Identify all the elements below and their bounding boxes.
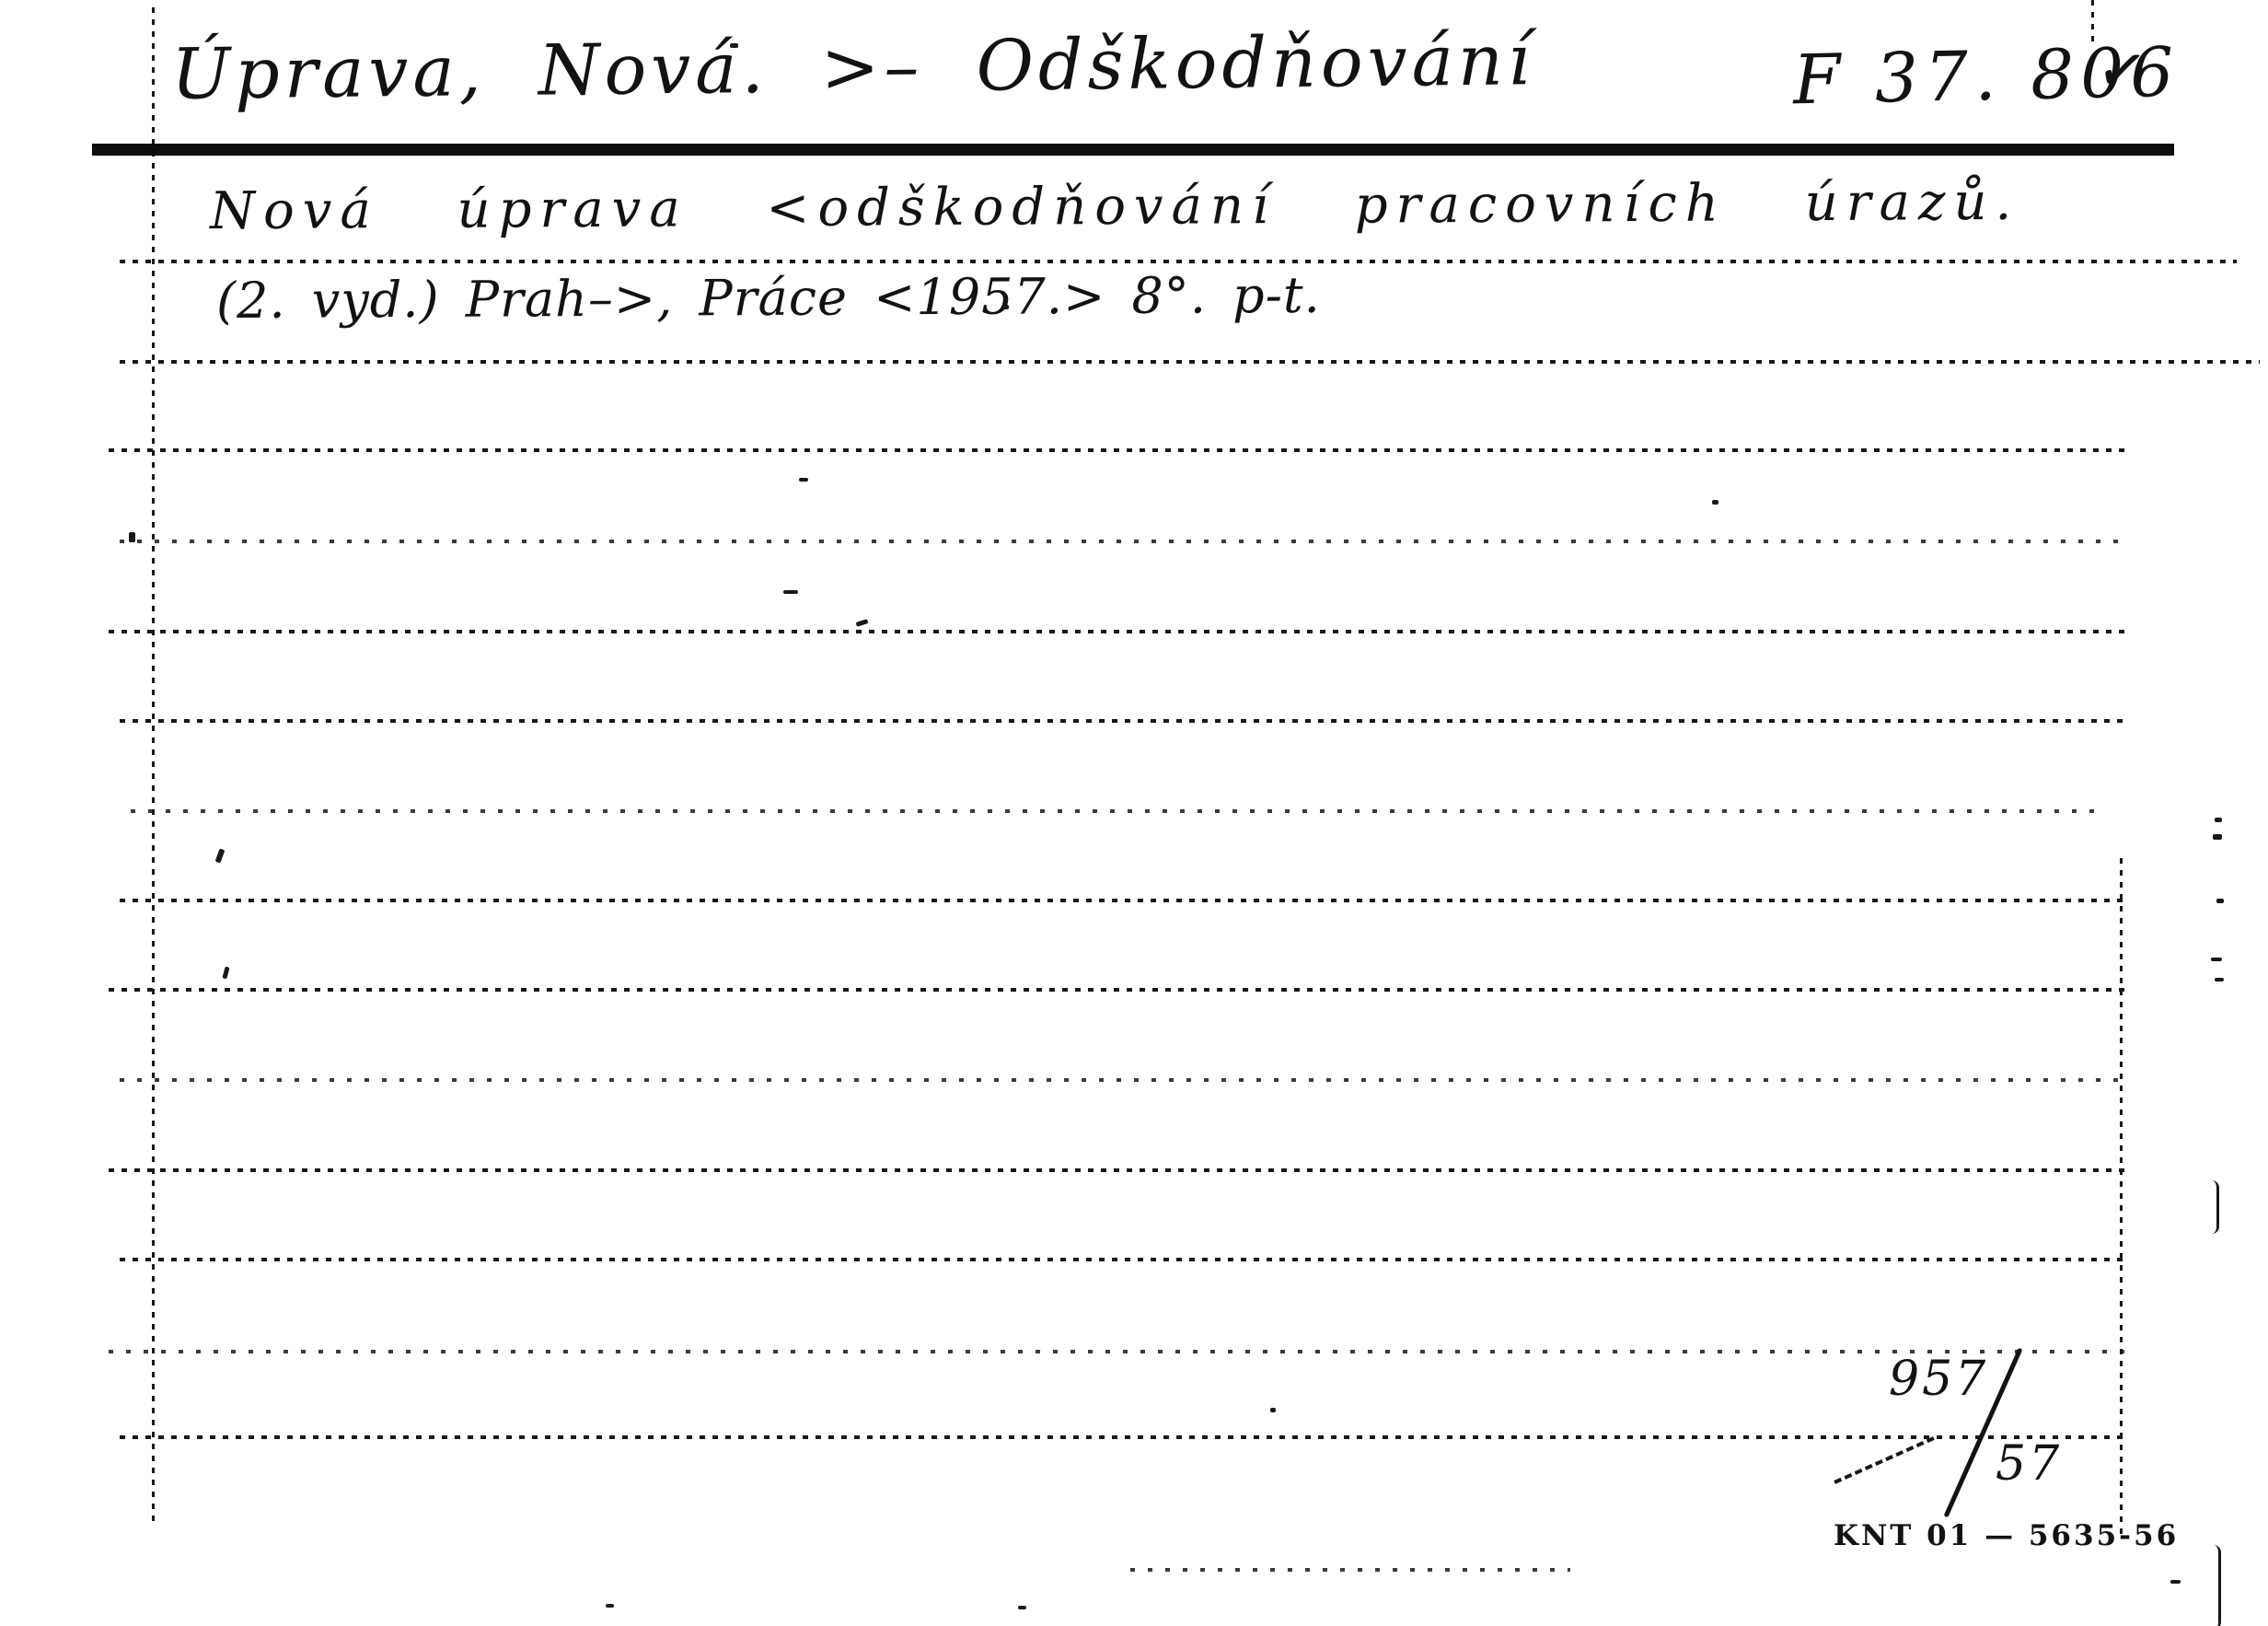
- ruled-line: [109, 1168, 2126, 1172]
- print-code: KNT 01 — 5635-56: [1834, 1519, 2179, 1552]
- ruled-line: [109, 630, 2126, 633]
- ruled-line: [120, 1078, 2126, 1082]
- scan-speck: [1712, 500, 1718, 505]
- right-dashed-border: [2120, 858, 2123, 1535]
- right-edge-curl-mark: [2207, 1545, 2221, 1626]
- scan-speck: [799, 478, 808, 482]
- heading-rule: [92, 144, 2174, 156]
- accession-dash-mark: [1834, 1436, 1934, 1484]
- ruled-line: [109, 448, 2126, 452]
- scan-speck: [606, 1604, 614, 1608]
- right-edge-curl-mark: [2205, 1180, 2219, 1234]
- scan-speck: [1270, 1408, 1276, 1412]
- imprint-line: (2. vyd.) Prah–>, Práce <1957.> 8°. p-t.: [216, 266, 1321, 330]
- ruled-line: [120, 1258, 2126, 1261]
- scan-speck: [2211, 958, 2222, 961]
- ruled-line: [120, 719, 2126, 723]
- scan-speck: [783, 590, 798, 594]
- scan-speck: [2216, 899, 2224, 903]
- checkmark-icon: ✓: [2092, 32, 2152, 110]
- scan-speck: [856, 619, 869, 627]
- left-dashed-border: [152, 7, 155, 1527]
- scan-speck: [2170, 1580, 2181, 1584]
- scan-speck: [215, 848, 226, 863]
- accession-numerator: 957: [1889, 1352, 1988, 1407]
- card-heading: Úprava, Nová. >– Odškodňování: [171, 18, 1535, 115]
- ruled-line: [109, 1350, 2126, 1353]
- accession-denominator: 57: [1996, 1436, 2062, 1492]
- scan-speck: [1003, 305, 1009, 309]
- ruled-line: [120, 260, 2237, 263]
- ruled-line: [120, 899, 2126, 902]
- title-line: Nová úprava <odškodňování pracovních úra…: [210, 172, 2020, 241]
- scan-speck: [2213, 834, 2222, 840]
- scan-speck: [129, 532, 135, 542]
- catalog-card: Úprava, Nová. >– Odškodňování F 37. 806 …: [0, 0, 2268, 1626]
- scan-speck: [1018, 1606, 1026, 1609]
- ruled-line: [120, 1435, 2126, 1439]
- scan-speck: [222, 967, 229, 980]
- accession-number: 957 57: [1850, 1346, 2108, 1539]
- scan-speck: [2215, 978, 2224, 981]
- ruled-line-remnant: [1130, 1568, 1570, 1572]
- ruled-line: [120, 360, 2260, 364]
- scan-speck: [2215, 818, 2222, 822]
- ruled-line: [109, 988, 2126, 992]
- ruled-line: [131, 809, 2100, 813]
- scan-speck: [730, 43, 738, 48]
- ruled-line: [120, 540, 2126, 543]
